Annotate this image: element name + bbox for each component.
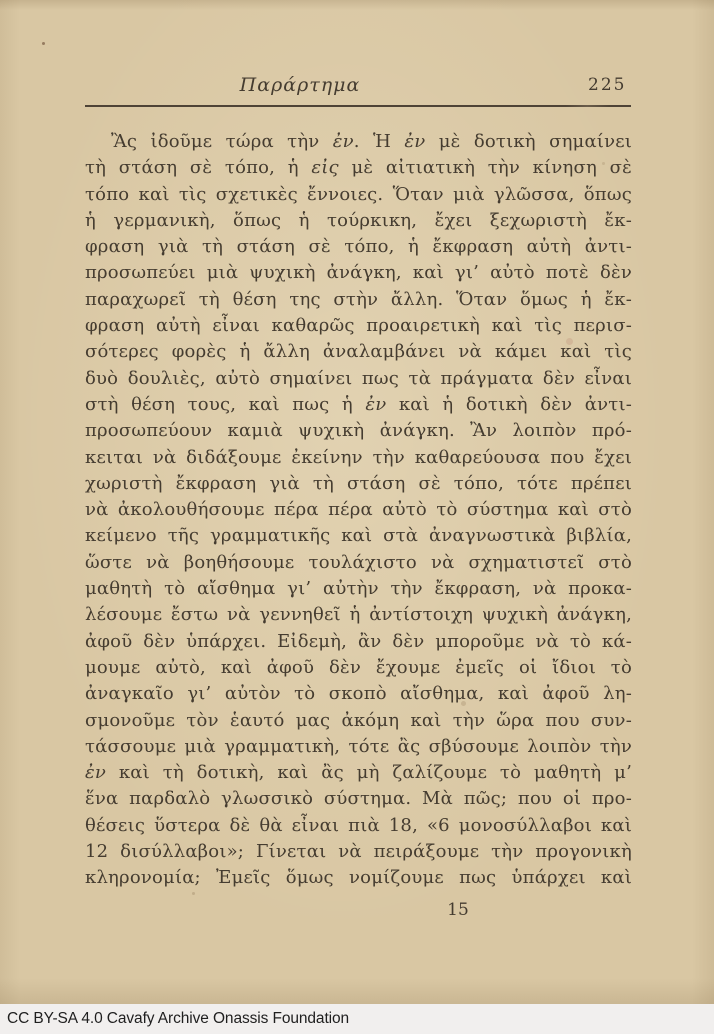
text-line: σμονοῦμε τὸν ἑαυτό μας ἀκόμη καὶ τὴν ὥρα… [85, 708, 632, 734]
text-line: μουμε αὐτὸ, καὶ ἀφοῦ δὲν ἔχουμε ἐμεῖς οἱ… [85, 655, 632, 681]
text-line: προσωπεύουν καμιὰ ψυχικὴ ἀνάγκη. Ἂν λοιπ… [85, 418, 632, 444]
text-line: στὴ θέση τους, καὶ πως ἡ ἐν καὶ ἡ δοτικὴ… [85, 392, 632, 418]
page-title: Παράρτημα [0, 74, 600, 96]
running-head: Παράρτημα 225 [0, 74, 714, 100]
text-line: ὥστε νὰ βοηθήσουμε τουλάχιστο νὰ σχηματι… [85, 550, 632, 576]
text-line: ἀναγκαῖο γι’ αὐτὸν τὸ σκοπὸ αἴσθημα, καὶ… [85, 681, 632, 707]
text-line: σότερες φορὲς ἡ ἄλλη ἀναλαμβάνει νὰ κάμε… [85, 339, 632, 365]
body-text: Ἂς ἰδοῦμε τώρα τὴν ἐν. Ἡ ἐν μὲ δοτικὴ ση… [85, 129, 632, 892]
text-line: χωριστὴ ἔκφραση γιὰ τὴ στάση σὲ τόπο, τό… [85, 471, 632, 497]
text-line: ἐν καὶ τὴ δοτικὴ, καὶ ἂς μὴ ζαλίζουμε τὸ… [85, 760, 632, 786]
text-line: φραση γιὰ τὴ στάση σὲ τόπο, ἡ ἔκφραση αὐ… [85, 234, 632, 260]
text-line: Ἂς ἰδοῦμε τώρα τὴν ἐν. Ἡ ἐν μὲ δοτικὴ ση… [85, 129, 632, 155]
text-line: κείμενο τῆς γραμματικῆς καὶ στὰ ἀναγνωστ… [85, 523, 632, 549]
text-line: ἡ γερμανικὴ, ὅπως ἡ τούρκικη, ἔχει ξεχωρ… [85, 208, 632, 234]
signature-mark: 15 [430, 900, 486, 920]
text-line: ἀφοῦ δὲν ὑπάρχει. Εἰδεμὴ, ἂν δὲν μποροῦμ… [85, 629, 632, 655]
license-text: CC BY-SA 4.0 Cavafy Archive Onassis Foun… [7, 1010, 349, 1028]
emphasized-word: ἐν [333, 131, 354, 152]
text-line: θέσεις ὕστερα δὲ θὰ εἶναι πιὰ 18, «6 μον… [85, 813, 632, 839]
text-line: λέσουμε ἔστω νὰ γεννηθεῖ ἡ ἀντίστοιχη ψυ… [85, 602, 632, 628]
text-line: μαθητὴ τὸ αἴσθημα γι’ αὐτὴν τὴν ἔκφραση,… [85, 576, 632, 602]
text-line: ἕνα παρδαλὸ γλωσσικὸ σύστημα. Μὰ πῶς; πο… [85, 786, 632, 812]
text-line: προσωπεύει μιὰ ψυχικὴ ἀνάγκη, καὶ γι’ αὐ… [85, 260, 632, 286]
text-line: τάσσουμε μιὰ γραμματικὴ, τότε ἂς σβύσουμ… [85, 734, 632, 760]
text-line: δυὸ δουλιὲς, αὐτὸ σημαίνει πως τὰ πράγμα… [85, 366, 632, 392]
license-bar: CC BY-SA 4.0 Cavafy Archive Onassis Foun… [0, 1004, 714, 1034]
page-number: 225 [588, 75, 626, 95]
emphasized-word: ἐν [365, 394, 386, 415]
text-line: κειται νὰ διδάξουμε ἐκείνην τὴν καθαρεύο… [85, 445, 632, 471]
emphasized-word: εἰς [311, 157, 338, 178]
page-scan: Παράρτημα 225 Ἂς ἰδοῦμε τώρα τὴν ἐν. Ἡ ἐ… [0, 0, 714, 1004]
text-line: φραση αὐτὴ εἶναι καθαρῶς προαιρετικὴ καὶ… [85, 313, 632, 339]
scanned-page-view: Παράρτημα 225 Ἂς ἰδοῦμε τώρα τὴν ἐν. Ἡ ἐ… [0, 0, 714, 1034]
text-line: παραχωρεῖ τὴ θέση της στὴν ἄλλη. Ὅταν ὅμ… [85, 287, 632, 313]
text-line: κληρονομία; Ἐμεῖς ὅμως νομίζουμε πως ὑπά… [85, 865, 632, 891]
emphasized-word: ἐν [85, 762, 106, 783]
text-line: 12 δισύλλαβοι»; Γίνεται νὰ πειράξουμε τὴ… [85, 839, 632, 865]
header-rule [85, 105, 631, 107]
text-line: νὰ ἀκολουθήσουμε πέρα πέρα αὐτὸ τὸ σύστη… [85, 497, 632, 523]
text-line: τόπο καὶ τὶς σχετικὲς ἔννοιες. Ὅταν μιὰ … [85, 182, 632, 208]
emphasized-word: ἐν [404, 131, 425, 152]
text-line: τὴ στάση σὲ τόπο, ἡ εἰς μὲ αἰτιατικὴ τὴν… [85, 155, 632, 181]
